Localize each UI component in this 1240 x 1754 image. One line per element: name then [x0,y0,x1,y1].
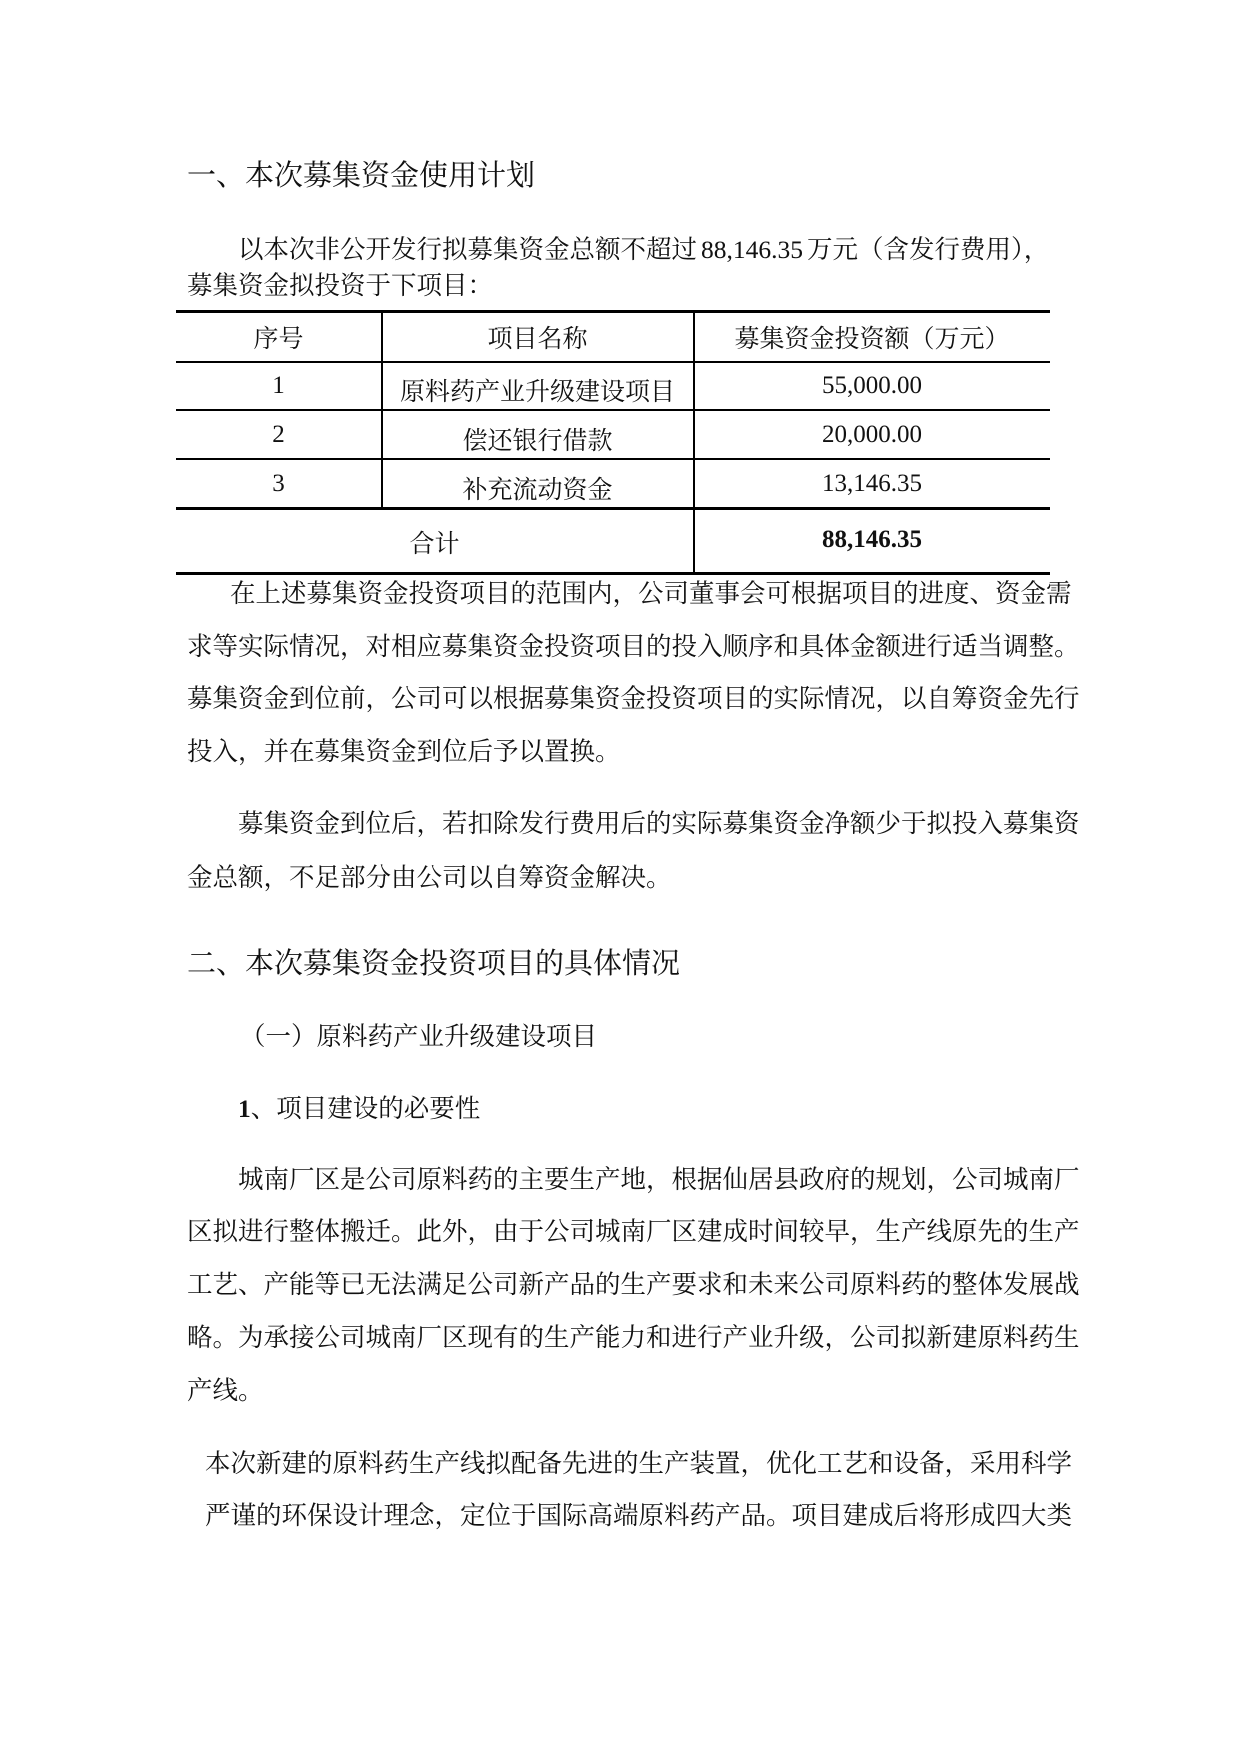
section-heading-2: 二、本次募集资金投资项目的具体情况 [187,945,680,981]
paragraph-line: 投入，并在募集资金到位后予以置换。 [187,735,621,769]
paragraph-line: 城南厂区是公司原料药的主要生产地，根据仙居县政府的规划，公司城南厂 [238,1163,1080,1197]
intro-amount: 88,146.35 [701,235,803,264]
table-cell-amount: 20,000.00 [694,411,1050,458]
intro-line-1: 以本次非公开发行拟募集资金总额不超过88,146.35万元（含发行费用）， [238,233,1049,267]
paragraph-line: 工艺、产能等已无法满足公司新产品的生产要求和未来公司原料药的整体发展战 [187,1268,1080,1302]
intro-line-2: 募集资金拟投资于下项目： [187,269,493,303]
table-header-name: 项目名称 [382,313,693,361]
intro-suffix: 万元（含发行费用）， [807,235,1049,265]
table-header-no: 序号 [176,313,381,361]
table-cell-amount: 13,146.35 [694,460,1050,507]
table-header-amount: 募集资金投资额（万元） [694,313,1050,361]
paragraph-line: 区拟进行整体搬迁。此外，由于公司城南厂区建成时间较早，生产线原先的生产 [187,1215,1080,1249]
table-bottom-rule [176,572,1050,575]
paragraph-line: 严谨的环保设计理念，定位于国际高端原料药产品。项目建成后将形成四大类 [205,1499,1072,1533]
item-heading: 1、项目建设的必要性 [238,1092,480,1126]
table-cell-amount: 55,000.00 [694,362,1050,409]
paragraph-line: 金总额，不足部分由公司以自筹资金解决。 [187,861,672,895]
table-cell-name: 补充流动资金 [382,464,693,511]
subsection-heading: （一）原料药产业升级建设项目 [240,1020,597,1054]
table-total-amount: 88,146.35 [694,510,1050,570]
paragraph-line: 本次新建的原料药生产线拟配备先进的生产装置，优化工艺和设备，采用科学 [205,1447,1072,1481]
paragraph-line: 求等实际情况，对相应募集资金投资项目的投入顺序和具体金额进行适当调整。 [187,630,1080,664]
intro-prefix: 以本次非公开发行拟募集资金总额不超过 [238,235,697,265]
section-heading-1: 一、本次募集资金使用计划 [187,157,535,193]
table-cell-no: 1 [176,362,381,409]
item-label: 、项目建设的必要性 [251,1094,481,1124]
paragraph-line: 募集资金到位前，公司可以根据募集资金投资项目的实际情况，以自筹资金先行 [187,682,1080,716]
table-cell-name: 原料药产业升级建设项目 [382,366,693,413]
paragraph-line: 在上述募集资金投资项目的范围内，公司董事会可根据项目的进度、资金需 [230,577,1072,611]
paragraph-line: 产线。 [187,1374,264,1408]
table-cell-no: 2 [176,411,381,458]
item-number: 1 [238,1094,251,1123]
table-total-label: 合计 [176,512,693,572]
table-cell-name: 偿还银行借款 [382,415,693,462]
paragraph-line: 募集资金到位后，若扣除发行费用后的实际募集资金净额少于拟投入募集资 [238,807,1080,841]
paragraph-line: 略。为承接公司城南厂区现有的生产能力和进行产业升级，公司拟新建原料药生 [187,1321,1080,1355]
table-cell-no: 3 [176,460,381,507]
